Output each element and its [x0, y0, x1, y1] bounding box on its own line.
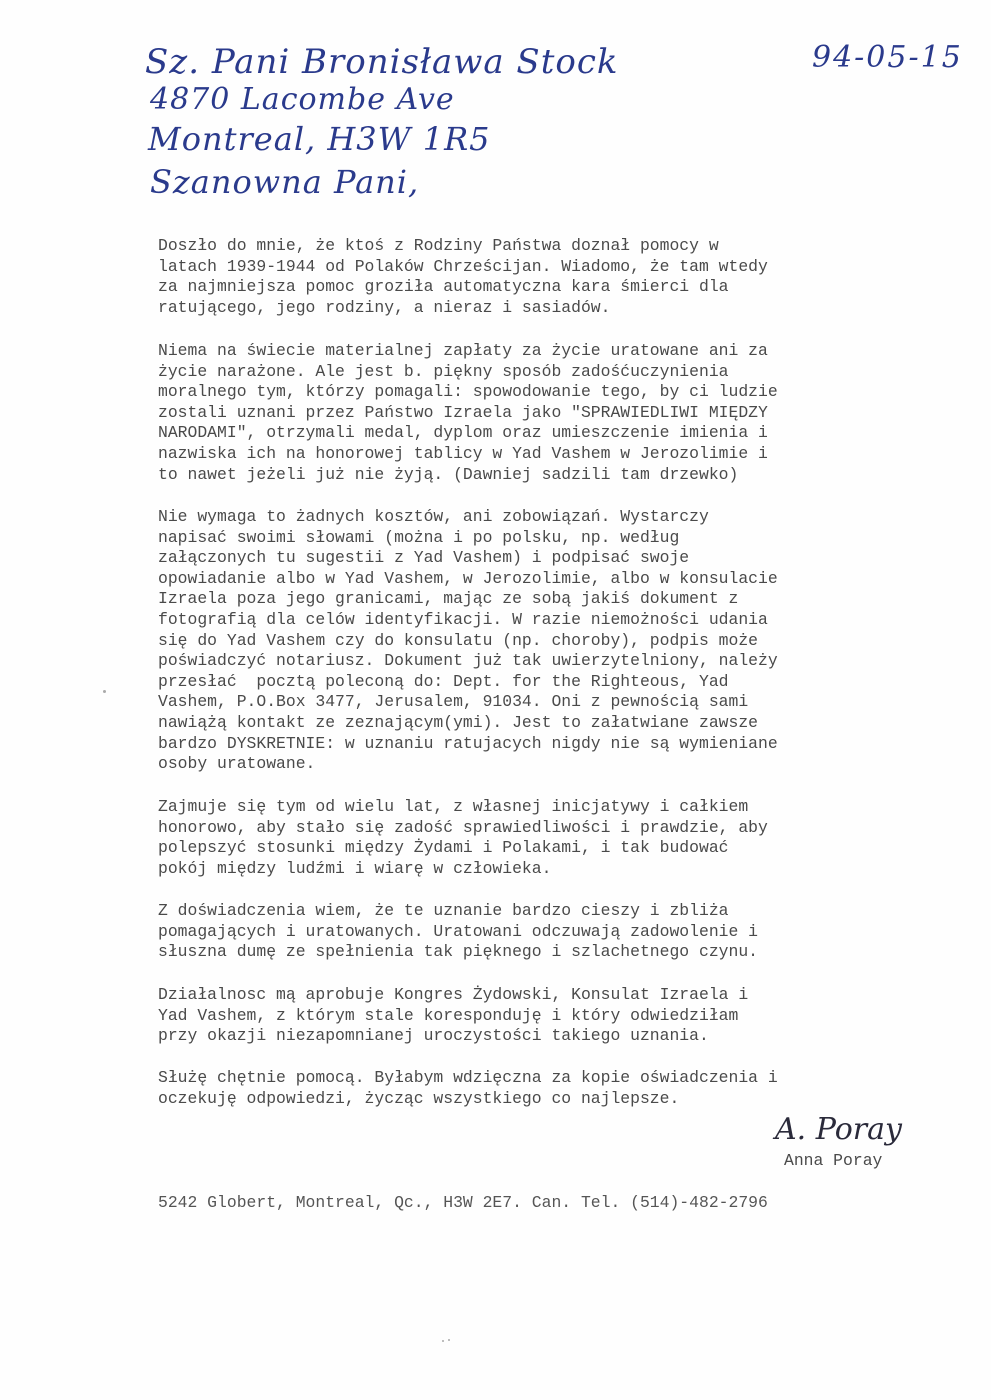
sender-address-footer: 5242 Globert, Montreal, Qc., H3W 2E7. Ca… — [158, 1193, 768, 1212]
paragraph-line: Yad Vashem, z którym stale koresponduję … — [158, 1006, 958, 1027]
paragraph-line: się do Yad Vashem czy do konsulatu (np. … — [158, 631, 958, 652]
paragraph-line: Doszło do mnie, że ktoś z Rodziny Państw… — [158, 236, 958, 257]
paragraph-line: osoby uratowane. — [158, 754, 958, 775]
paragraph-line: Z doświadczenia wiem, że te uznanie bard… — [158, 901, 958, 922]
paragraph-line: opowiadanie albo w Yad Vashem, w Jerozol… — [158, 569, 958, 590]
handwritten-signature: A. Poray — [775, 1112, 902, 1147]
paragraph-line: za najmniejsza pomoc groziła automatyczn… — [158, 277, 958, 298]
letter-page: Sz. Pani Bronisława Stock 4870 Lacombe A… — [0, 0, 991, 1400]
paragraph-line: Zajmuje się tym od wielu lat, z własnej … — [158, 797, 958, 818]
recipient-street-handwritten: 4870 Lacombe Ave — [150, 82, 455, 117]
paragraph-line: przy okazji niezapomnianej uroczystości … — [158, 1026, 958, 1047]
paper-speck — [448, 1339, 450, 1341]
recipient-city-handwritten: Montreal, H3W 1R5 — [148, 120, 491, 158]
paragraph-line: Służę chętnie pomocą. Byłabym wdzięczna … — [158, 1068, 958, 1089]
paragraph-line: moralnego tym, którzy pomagali: spowodow… — [158, 382, 958, 403]
paragraph-line: Izraela poza jego granicami, mając ze so… — [158, 589, 958, 610]
paragraph-line: załączonych tu sugestii z Yad Vashem) i … — [158, 548, 958, 569]
recipient-name-handwritten: Sz. Pani Bronisława Stock — [145, 42, 619, 82]
letter-paragraph: Służę chętnie pomocą. Byłabym wdzięczna … — [158, 1068, 958, 1109]
paragraph-line: poświadczyć notariusz. Dokument już tak … — [158, 651, 958, 672]
letter-paragraph: Doszło do mnie, że ktoś z Rodziny Państw… — [158, 236, 958, 318]
letter-paragraph: Niema na świecie materialnej zapłaty za … — [158, 341, 958, 485]
paragraph-line: latach 1939-1944 od Polaków Chrześcijan.… — [158, 257, 958, 278]
paragraph-line: oczekuję odpowiedzi, życząc wszystkiego … — [158, 1089, 958, 1110]
paragraph-line: to nawet jeżeli już nie żyją. (Dawniej s… — [158, 465, 958, 486]
letter-paragraph: Działalnosc mą aprobuje Kongres Żydowski… — [158, 985, 958, 1047]
paragraph-line: NARODAMI", otrzymali medal, dyplom oraz … — [158, 423, 958, 444]
letter-paragraph: Zajmuje się tym od wielu lat, z własnej … — [158, 797, 958, 879]
salutation-handwritten: Szanowna Pani, — [150, 163, 419, 201]
paragraph-line: pokój między ludźmi i wiarę w człowieka. — [158, 859, 958, 880]
paragraph-line: bardzo DYSKRETNIE: w uznaniu ratujacych … — [158, 734, 958, 755]
typed-signature-name: Anna Poray — [784, 1151, 882, 1170]
paragraph-line: Vashem, P.O.Box 3477, Jerusalem, 91034. … — [158, 692, 958, 713]
paragraph-line: pomagających i uratowanych. Uratowani od… — [158, 922, 958, 943]
letter-date-handwritten: 94-05-15 — [812, 40, 963, 75]
paragraph-line: nawiążą kontakt ze zeznającym(ymi). Jest… — [158, 713, 958, 734]
paragraph-line: fotografią dla celów identyfikacji. W ra… — [158, 610, 958, 631]
paragraph-line: nazwiska ich na honorowej tablicy w Yad … — [158, 444, 958, 465]
paragraph-line: Niema na świecie materialnej zapłaty za … — [158, 341, 958, 362]
paragraph-line: honorowo, aby stało się zadość sprawiedl… — [158, 818, 958, 839]
paragraph-line: Działalnosc mą aprobuje Kongres Żydowski… — [158, 985, 958, 1006]
letter-paragraph: Nie wymaga to żadnych kosztów, ani zobow… — [158, 507, 958, 775]
paragraph-line: napisać swoimi słowami (można i po polsk… — [158, 528, 958, 549]
paragraph-line: polepszyć stosunki między Żydami i Polak… — [158, 838, 958, 859]
paragraph-line: ratującego, jego rodziny, a nieraz i sas… — [158, 298, 958, 319]
paragraph-line: Nie wymaga to żadnych kosztów, ani zobow… — [158, 507, 958, 528]
paragraph-line: zostali uznani przez Państwo Izraela jak… — [158, 403, 958, 424]
paper-speck — [442, 1340, 444, 1342]
paper-speck — [103, 690, 106, 693]
letter-paragraph: Z doświadczenia wiem, że te uznanie bard… — [158, 901, 958, 963]
paragraph-line: słuszna dumę ze spełnienia tak pięknego … — [158, 942, 958, 963]
paragraph-line: przesłać pocztą poleconą do: Dept. for t… — [158, 672, 958, 693]
paragraph-line: życie narażone. Ale jest b. piękny sposó… — [158, 362, 958, 383]
